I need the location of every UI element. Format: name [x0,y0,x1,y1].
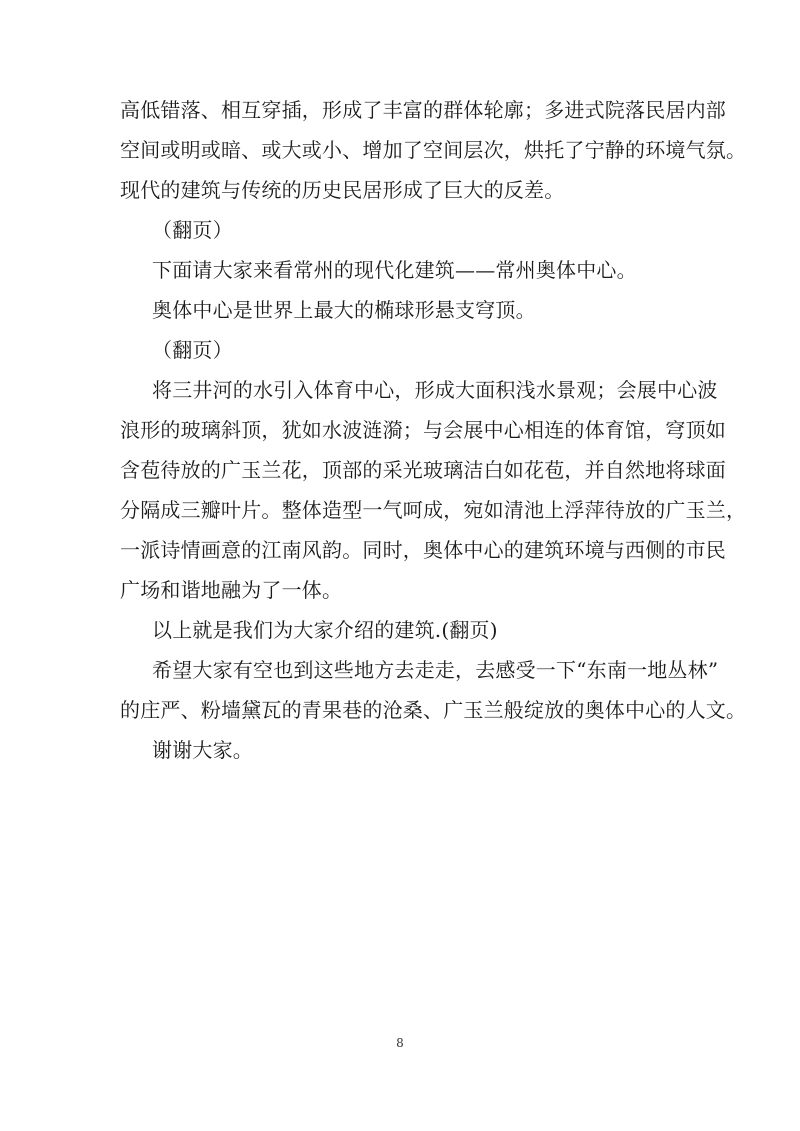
text-line: 的庄严、粉墙黛瓦的青果巷的沧桑、广玉兰般绽放的奥体中心的人文。 [120,690,680,730]
text-line: 将三井河的水引入体育中心，形成大面积浅水景观；会展中心波 [120,370,680,410]
text-line: 一派诗情画意的江南风韵。同时，奥体中心的建筑环境与西侧的市民 [120,530,680,570]
page-number: 8 [0,1036,800,1050]
page-turn-note: （翻页） [120,330,680,370]
text-line: 下面请大家来看常州的现代化建筑——常州奥体中心。 [120,250,680,290]
text-line: 以上就是我们为大家介绍的建筑.(翻页) [120,610,680,650]
document-page: 高低错落、相互穿插，形成了丰富的群体轮廓；多进式院落民居内部 空间或明或暗、或大… [0,0,800,1131]
text-line: 现代的建筑与传统的历史民居形成了巨大的反差。 [120,170,680,210]
closing-line: 谢谢大家。 [120,730,680,770]
text-line: 高低错落、相互穿插，形成了丰富的群体轮廓；多进式院落民居内部 [120,90,680,130]
text-line: 奥体中心是世界上最大的椭球形悬支穹顶。 [120,290,680,330]
text-line: 广场和谐地融为了一体。 [120,570,680,610]
text-line: 分隔成三瓣叶片。整体造型一气呵成，宛如清池上浮萍待放的广玉兰， [120,490,680,530]
text-line: 希望大家有空也到这些地方去走走，去感受一下“东南一地丛林” [120,650,680,690]
page-turn-note: （翻页） [120,210,680,250]
body-text: 高低错落、相互穿插，形成了丰富的群体轮廓；多进式院落民居内部 空间或明或暗、或大… [120,90,680,770]
text-line: 空间或明或暗、或大或小、增加了空间层次，烘托了宁静的环境气氛。 [120,130,680,170]
text-line: 含苞待放的广玉兰花，顶部的采光玻璃洁白如花苞，并自然地将球面 [120,450,680,490]
text-line: 浪形的玻璃斜顶，犹如水波涟漪；与会展中心相连的体育馆，穹顶如 [120,410,680,450]
